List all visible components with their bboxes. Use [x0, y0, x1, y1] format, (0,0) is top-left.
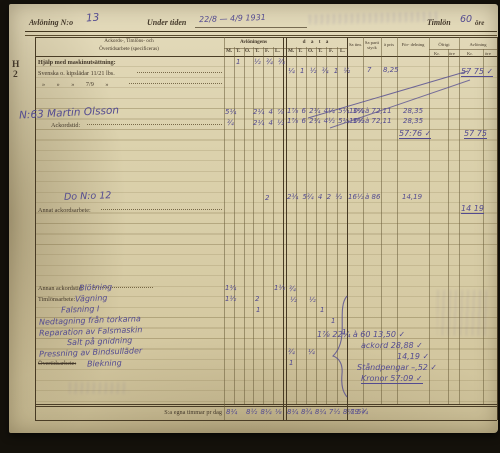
hw-do12-avl: 14 19: [461, 204, 484, 214]
hw-value: ¾: [227, 119, 234, 127]
day-col-l: L.: [340, 49, 345, 55]
ofrigt-header: Öfrigt: [429, 42, 459, 47]
row-label-overtidsarbete: Övertidsarbete:: [38, 360, 76, 367]
hw-value: 1¼: [225, 284, 236, 292]
row-label-hjalp: Hjälp med maskinutsättning:: [38, 59, 116, 66]
hw-ackord-total: ackord 28,88 ✓: [361, 341, 423, 350]
v-rule: [316, 47, 317, 404]
avloning-col-header: Avlöning: [459, 42, 497, 47]
ore-subheader: öre: [449, 51, 455, 56]
v-rule: [337, 47, 338, 404]
v-rule: [296, 47, 297, 404]
hw-value: 2¼ 4 ½: [253, 119, 284, 127]
task-blotning: Blötning: [79, 282, 112, 292]
day-col-m: M.: [288, 49, 294, 55]
v-rule: [263, 47, 264, 404]
center-heavy-rule: [286, 37, 287, 420]
hw-subtotal-ford: 57:76 ✓: [399, 129, 431, 139]
header-double-rule: [25, 31, 497, 36]
sa-parti-header: Sa parti styck: [364, 40, 380, 50]
day-col-m: M.: [226, 49, 232, 55]
v-rule: [273, 47, 274, 404]
fordelning-header: För- delning: [401, 42, 425, 47]
v-rule: [483, 49, 484, 404]
row-label-annan-ackordstid: Annan ackordstid:: [38, 285, 84, 292]
hw-value: ¾: [289, 285, 296, 293]
hw-value: 1: [320, 306, 324, 314]
hw-value: 1½: [274, 284, 285, 292]
h-rule: [35, 406, 497, 407]
a-pris-header: à pris: [382, 42, 396, 47]
hw-apris: à 86: [365, 193, 380, 201]
do12-name-handwritten: Do N:o 12: [64, 191, 112, 203]
hw-do-total: 14,19 ✓: [397, 352, 429, 361]
avloning-number-handwritten: 13: [86, 13, 100, 25]
page-edge-rule: [497, 37, 498, 420]
hw-parti: 7: [367, 66, 371, 74]
spec-col-header-line2: Övertidsarbete (specificeras): [49, 47, 209, 53]
day-col-o: O.: [245, 49, 250, 55]
v-rule: [35, 37, 36, 420]
hw-sa: 16½: [348, 193, 364, 201]
kr-subheader: Kr.: [434, 51, 440, 56]
hw-value: ½: [309, 296, 316, 304]
row-label-timlonsarbete: Timlönsarbete:: [38, 296, 75, 303]
hw-standpengar: Ståndpengar –,52 ✓: [357, 363, 437, 372]
hw-value: 1: [256, 306, 260, 314]
bleedthrough-smudge: [437, 290, 489, 336]
day-col-l: L.: [275, 49, 280, 55]
scanned-wagebook-photo: H 2 Avlöning N:o 13 Under tiden 22/8 — 4…: [0, 0, 500, 453]
leader-dots: [137, 65, 222, 73]
day-col-t: T.: [298, 49, 302, 55]
row-label-ackordstid: Ackordstid:: [51, 122, 80, 129]
leader-dots: [87, 117, 222, 125]
hw-fordelning: 28,35: [403, 117, 423, 125]
task-blekning: Blekning: [87, 358, 122, 368]
hw-footer-left-b: 8½ 8¼ ⅛: [246, 408, 282, 416]
hw-footer-total: 79 ✓: [350, 408, 367, 416]
avloningens-header: Avlöningens: [224, 40, 283, 46]
hw-value: 2: [255, 295, 259, 303]
hw-value: 1: [331, 317, 335, 325]
day-col-t2: T.: [255, 49, 259, 55]
v-rule: [448, 49, 449, 404]
day-col-t: T.: [236, 49, 240, 55]
footer-label: S:a egna timmar pr dag: [119, 409, 222, 416]
spec-col-header-line1: Ackords-, Timlöns- och: [49, 39, 209, 45]
hw-value: 2: [265, 194, 269, 202]
period-underline: [195, 27, 307, 28]
bleedthrough-smudge: [309, 11, 439, 24]
hw-apris: à 72,11: [365, 117, 392, 125]
day-col-t2: T.: [318, 49, 322, 55]
timlon-value-handwritten: 60: [460, 15, 472, 25]
center-heavy-rule: [283, 37, 284, 420]
leader-dots: [129, 76, 222, 84]
leader-dots: [101, 202, 222, 210]
hw-value: 5¼: [225, 108, 236, 116]
bleedthrough-smudge: [69, 382, 129, 394]
data-header: d a t a: [286, 40, 347, 46]
under-tiden-label: Under tiden: [147, 18, 186, 27]
hw-fordelning: 28,35: [403, 107, 423, 115]
v-rule: [234, 47, 235, 404]
task-vagning: Vägning: [75, 293, 108, 303]
row-label-annat-ackordsarbete: Annat ackordsarbete:: [38, 207, 91, 214]
v-rule: [306, 47, 307, 404]
hw-value: ½: [290, 296, 297, 304]
row-label-ditto: » » » 7/9 »: [42, 81, 108, 88]
hw-subtotal-avl: 57 75: [464, 129, 487, 139]
v-rule: [429, 37, 430, 404]
avloning-label: Avlöning N:o: [29, 18, 73, 27]
margin-tab-letter: H: [12, 60, 19, 70]
margin-tab-number: 2: [13, 70, 18, 80]
hw-apris: à 72,11: [365, 107, 392, 115]
hw-value: 2¼ 4 ⅞: [253, 108, 284, 116]
v-rule: [326, 47, 327, 404]
h-rule: [35, 420, 497, 421]
task-falsning: Falsning I: [61, 304, 100, 314]
hw-value: ¾: [288, 348, 295, 356]
hw-value: ¼: [308, 348, 315, 356]
ore-subheader: öre: [485, 51, 491, 56]
sa-tim-header: Sa tim.: [348, 42, 363, 47]
hw-avloning-top: 57 75 ✓: [461, 67, 493, 77]
day-col-f: F.: [329, 49, 333, 55]
v-rule: [253, 47, 254, 404]
hw-sa: 10⅞: [349, 107, 365, 115]
hw-sa: 10½: [349, 117, 365, 125]
hw-value: ½ ¾ ¾: [254, 58, 285, 66]
hw-timlon-total: 1⅞ 22¼ à 60 13,50 ✓: [317, 330, 405, 339]
day-col-o: O.: [308, 49, 313, 55]
v-rule: [224, 37, 225, 420]
v-rule: [459, 37, 460, 404]
hw-value: 1½: [225, 295, 236, 303]
v-rule: [244, 47, 245, 404]
row-label-svenska: Svenska o. kipslädar 11/21 lbs.: [38, 70, 115, 77]
hw-value: 1: [289, 359, 293, 367]
hw-rdays: 2¾ 5¾ 4 2 ½: [287, 193, 342, 201]
hw-rdays: ¼ 1 ½ ¾ 1 ½: [288, 67, 350, 75]
ledger-page: H 2 Avlöning N:o 13 Under tiden 22/8 — 4…: [9, 4, 498, 433]
v-rule: [347, 37, 348, 420]
ore-label: öre: [475, 19, 484, 27]
h-rule: [35, 404, 497, 405]
period-handwritten: 22/8 — 4/9 1931: [199, 13, 266, 24]
day-col-f: F.: [265, 49, 269, 55]
hw-kronor-total: Kronor 57:09 ✓: [361, 374, 423, 384]
hw-fordelning: 14,19: [402, 193, 422, 201]
kr-subheader: Kr.: [467, 51, 473, 56]
hw-value: 1: [236, 58, 240, 66]
h-rule: [35, 56, 497, 57]
hw-footer-left-a: 8¼: [226, 408, 237, 416]
hw-apris: 8,25: [383, 66, 399, 74]
